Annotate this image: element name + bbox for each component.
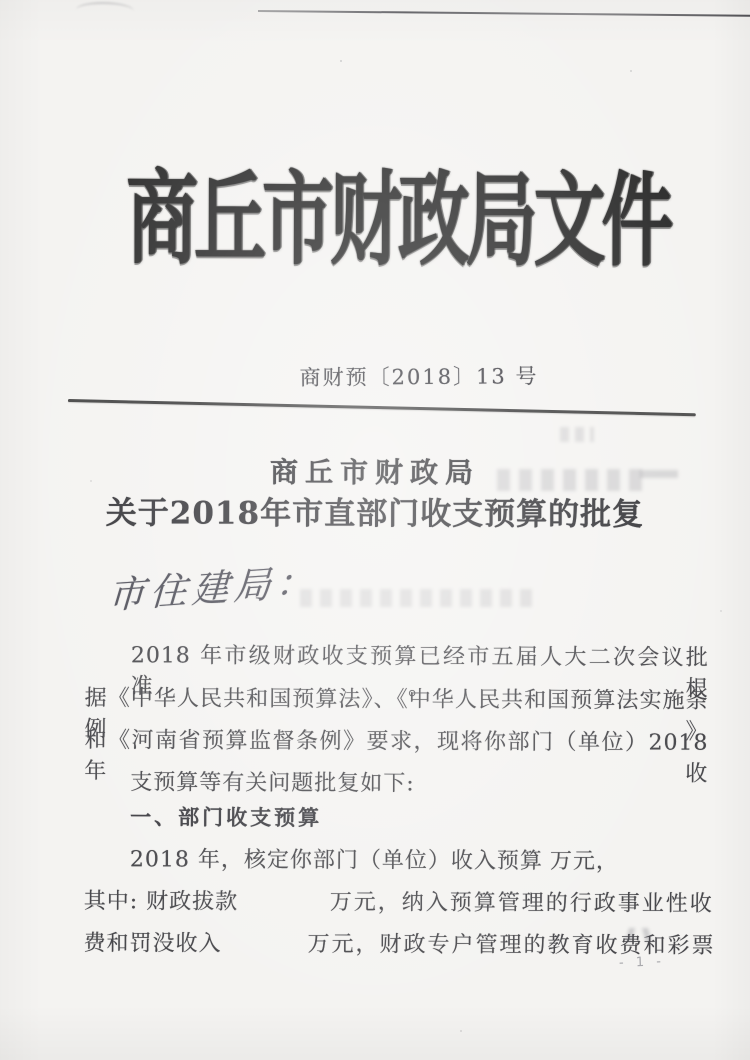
body-line: 支预算等有关问题批复如下: bbox=[84, 765, 708, 799]
fill-line-text: 万元，纳入预算管理的行政事业性收 bbox=[330, 885, 714, 918]
scanned-document-page: 商丘市财政局文件 商财预〔2018〕13 号 商丘市财政局 关于2018年市直部… bbox=[0, 0, 750, 1060]
body-line-with-blank: 其中: 财政拔款 万元，纳入预算管理的行政事业性收 bbox=[84, 884, 708, 917]
body-line-with-blank: 费和罚没收入 万元，财政专户管理的教育收费和彩票 bbox=[84, 926, 708, 959]
fill-line-text: 2018 年，核定你部门（单位）收入预算 bbox=[130, 842, 543, 875]
fill-line-text: 万元， bbox=[550, 844, 619, 875]
fill-line-text: 费和罚没收入 bbox=[84, 926, 222, 958]
page-number: - 1 - bbox=[619, 954, 665, 971]
body-line-with-blank: 2018 年，核定你部门（单位）收入预算 万元， bbox=[84, 842, 708, 875]
section-heading: 一、部门收支预算 bbox=[84, 801, 708, 834]
fill-line-text: 其中: 财政拔款 bbox=[84, 884, 239, 916]
document-body: 2018 年市级财政收支预算已经市五届人大二次会议批准。根 据《中华人民共和国预… bbox=[0, 0, 750, 1060]
